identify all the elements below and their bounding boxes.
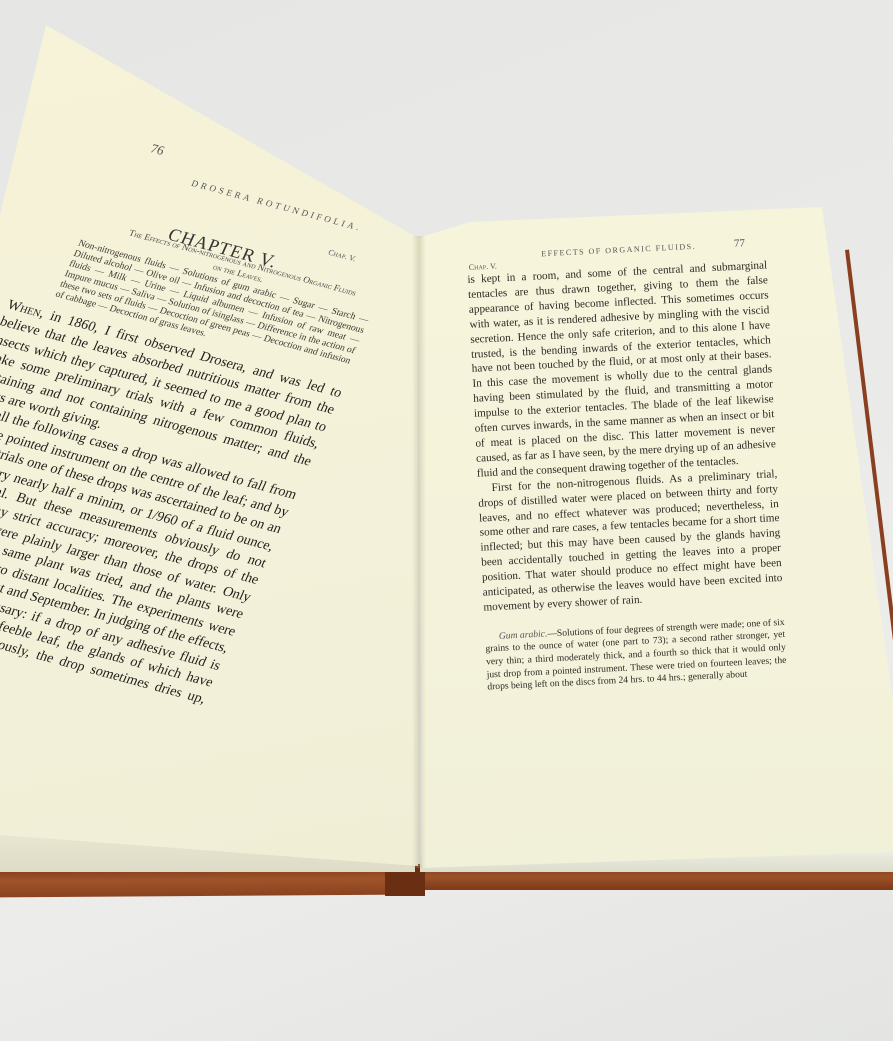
paragraph: is kept in a room, and some of the centr… (467, 258, 777, 481)
gum-arabic-label: Gum arabic. (499, 628, 548, 641)
book-gutter (412, 236, 426, 868)
photo-scene: 76 Drosera rotundifolia. Chap. V. CHAPTE… (0, 0, 893, 1041)
page-number-right: 77 (734, 237, 746, 250)
chapter-marker-right: Chap. V. (469, 262, 497, 272)
right-page-body: is kept in a room, and some of the centr… (467, 258, 783, 615)
paragraph: First for the non-nitrogenous fluids. As… (477, 467, 783, 616)
right-page-text: Chap. V. Effects of Organic Fluids. 77 i… (466, 236, 787, 694)
